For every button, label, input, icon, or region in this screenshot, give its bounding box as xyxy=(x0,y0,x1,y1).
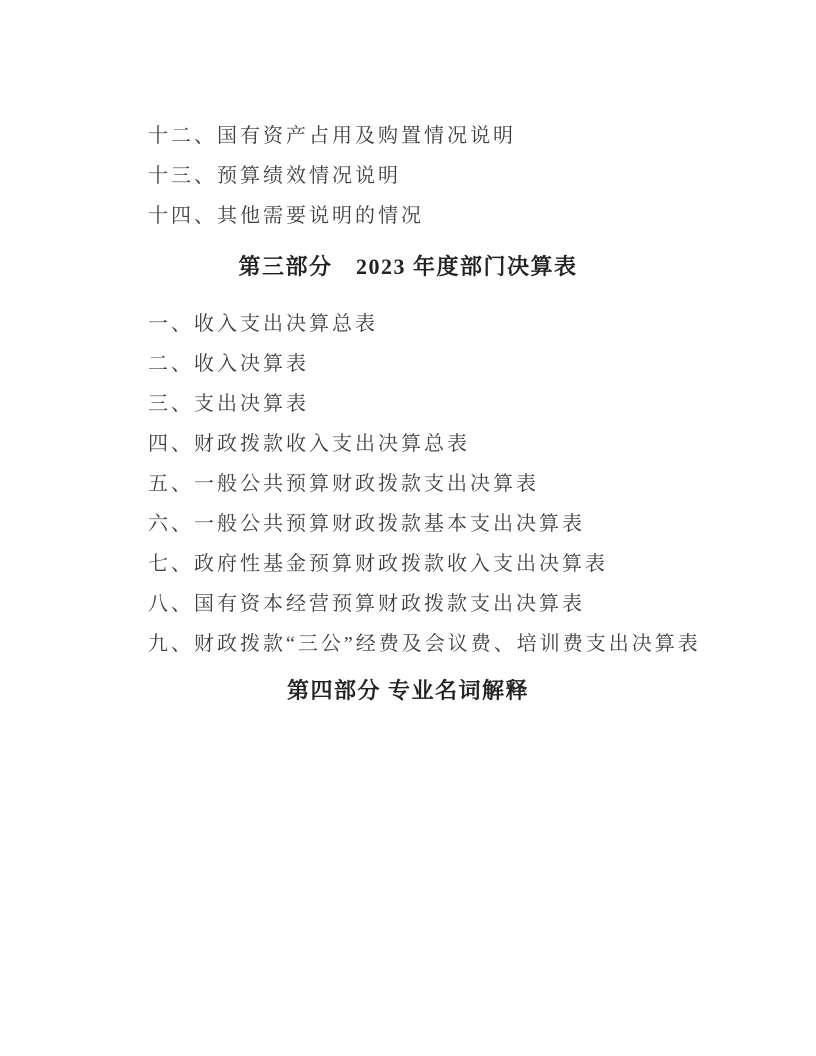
toc-item-8: 八、国有资本经营预算财政拨款支出决算表 xyxy=(148,584,720,624)
toc-item-4: 四、财政拨款收入支出决算总表 xyxy=(148,424,720,464)
toc-item-3: 三、支出决算表 xyxy=(148,384,720,424)
part3-toc-items: 一、收入支出决算总表 二、收入决算表 三、支出决算表 四、财政拨款收入支出决算总… xyxy=(148,304,720,664)
toc-item-7: 七、政府性基金预算财政拨款收入支出决算表 xyxy=(148,544,720,584)
part3-heading: 第三部分 2023 年度部门决算表 xyxy=(0,252,816,282)
document-page: 十二、国有资产占用及购置情况说明 十三、预算绩效情况说明 十四、其他需要说明的情… xyxy=(0,0,816,1056)
toc-item-1: 一、收入支出决算总表 xyxy=(148,304,720,344)
toc-item-12: 十二、国有资产占用及购置情况说明 xyxy=(148,116,720,156)
toc-item-13: 十三、预算绩效情况说明 xyxy=(148,156,720,196)
toc-item-2: 二、收入决算表 xyxy=(148,344,720,384)
toc-item-5: 五、一般公共预算财政拨款支出决算表 xyxy=(148,464,720,504)
toc-item-14: 十四、其他需要说明的情况 xyxy=(148,196,720,236)
toc-content: 十二、国有资产占用及购置情况说明 十三、预算绩效情况说明 十四、其他需要说明的情… xyxy=(148,116,720,728)
toc-item-9: 九、财政拨款“三公”经费及会议费、培训费支出决算表 xyxy=(148,624,720,664)
toc-item-6: 六、一般公共预算财政拨款基本支出决算表 xyxy=(148,504,720,544)
part4-heading: 第四部分 专业名词解释 xyxy=(0,676,816,706)
part2-toc-items: 十二、国有资产占用及购置情况说明 十三、预算绩效情况说明 十四、其他需要说明的情… xyxy=(148,116,720,236)
